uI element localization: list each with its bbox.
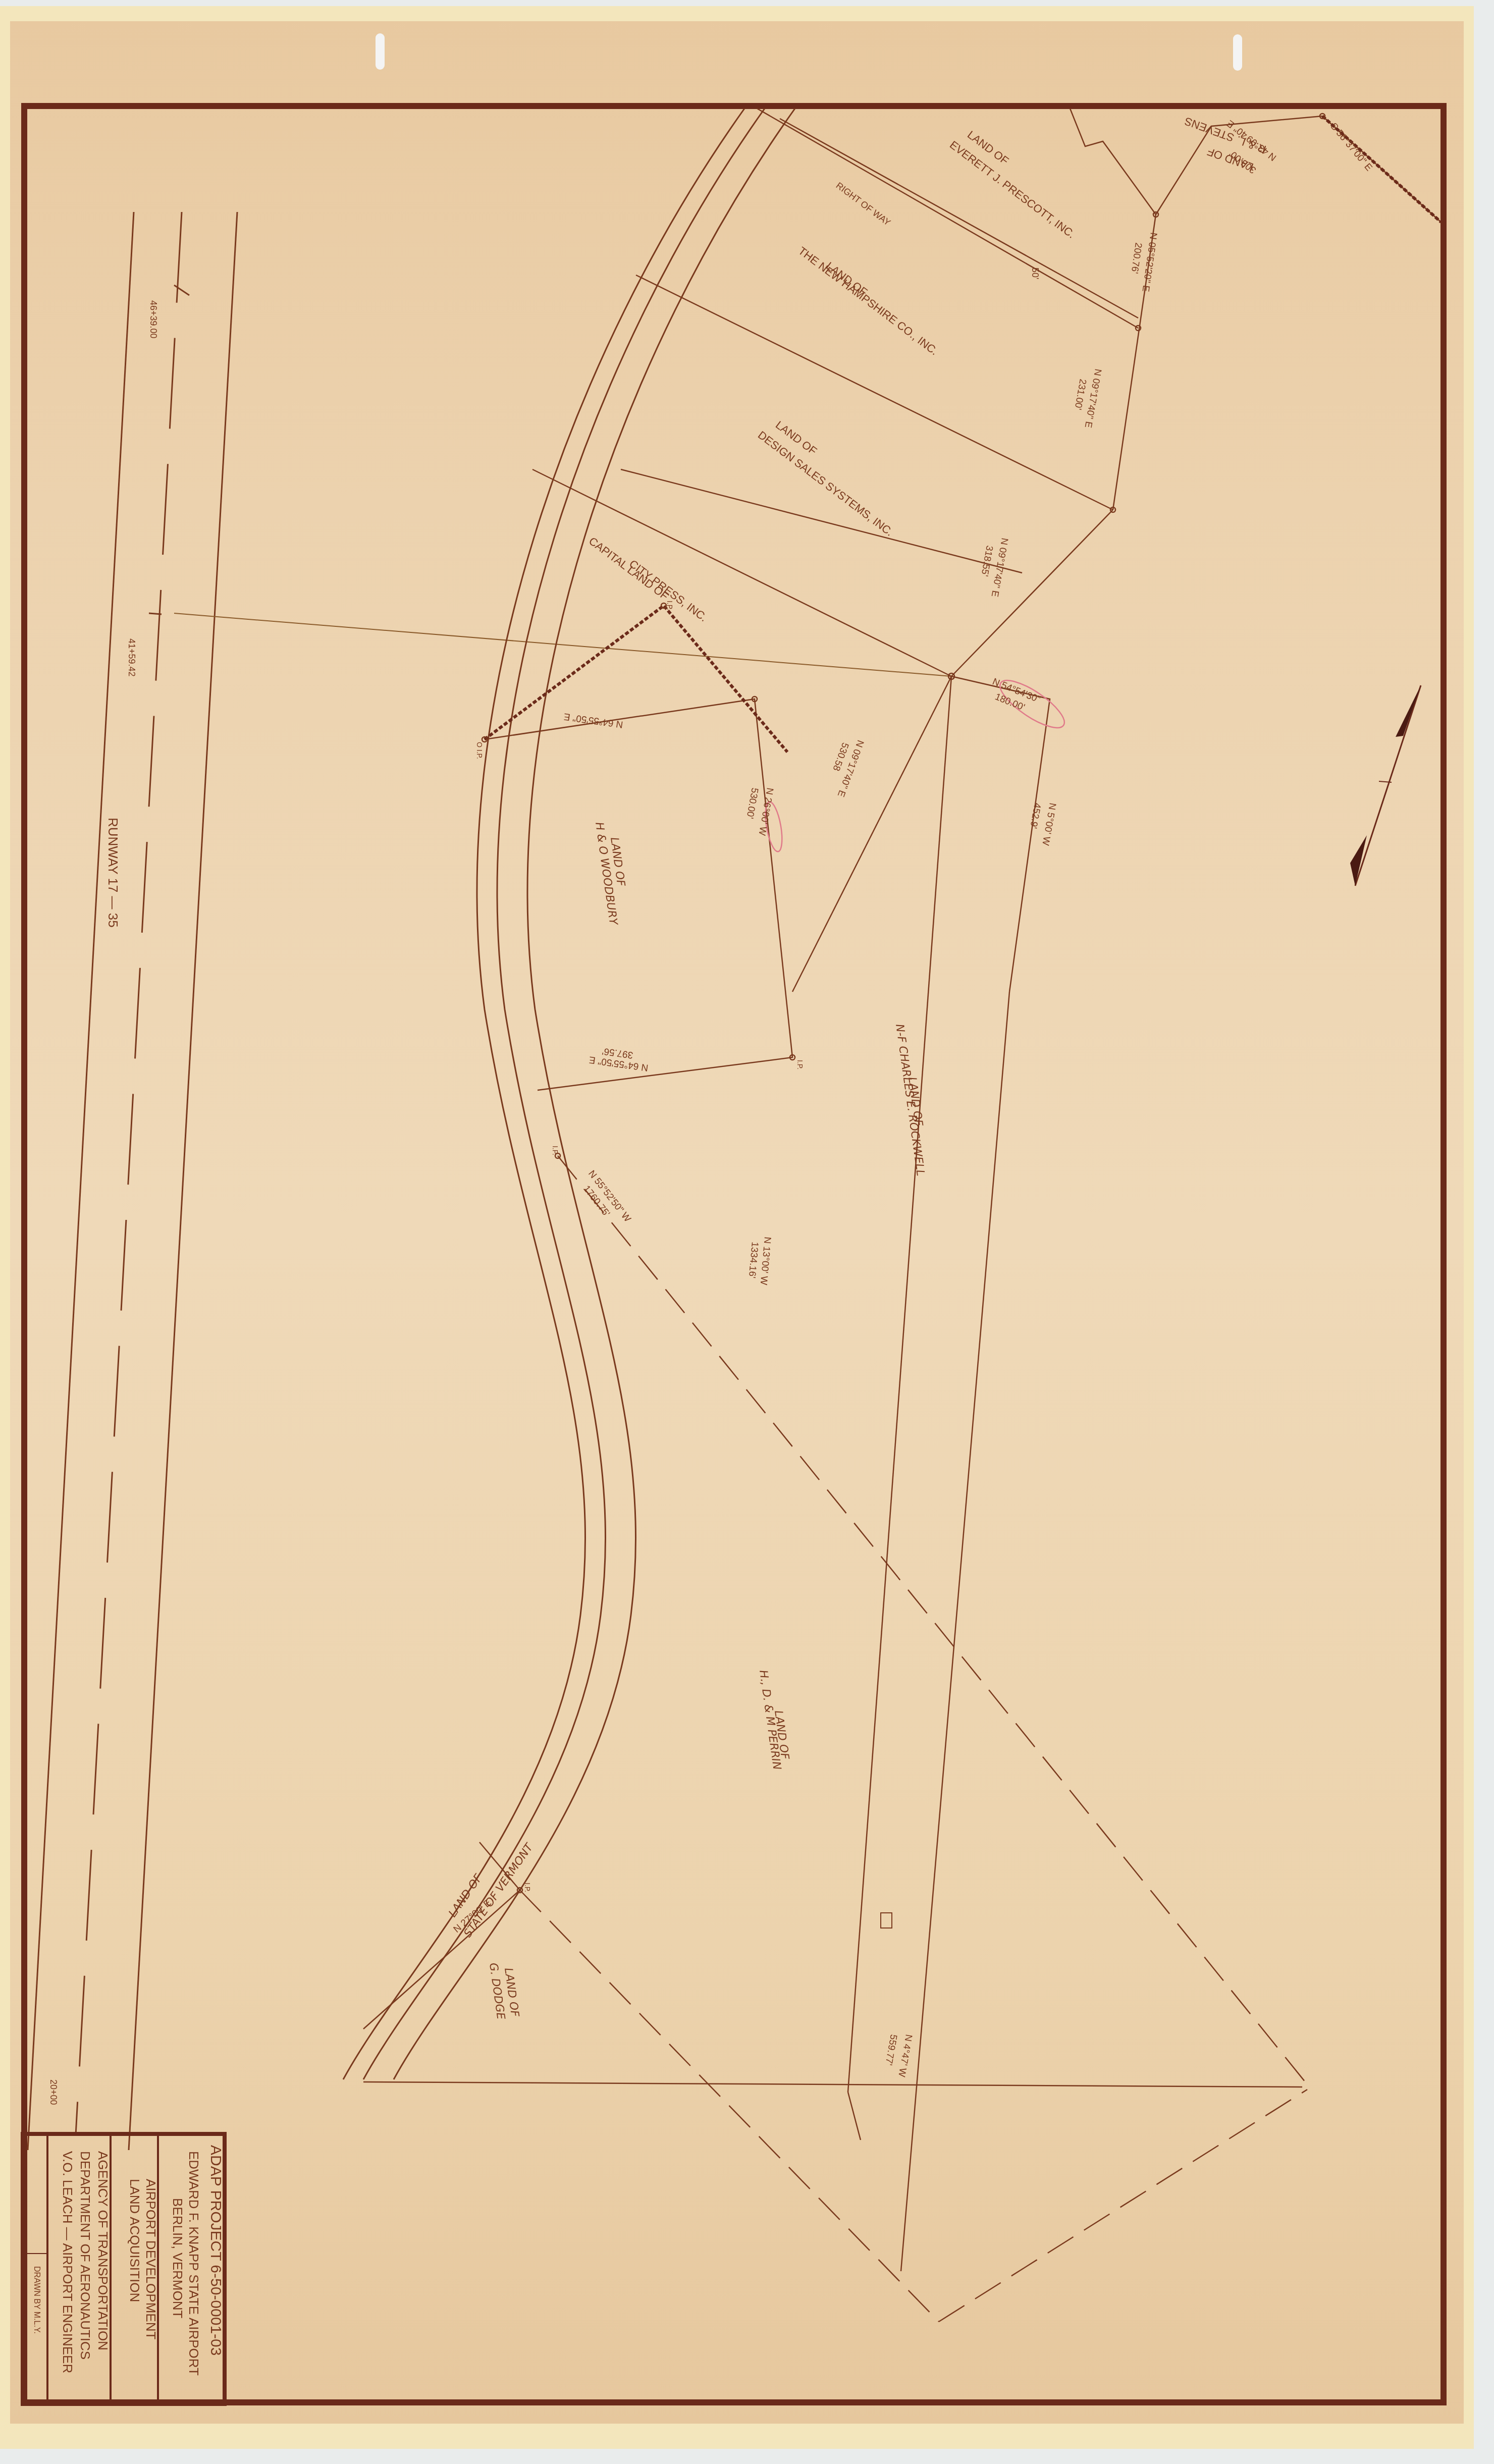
survey-plan: RUNWAY 17 — 35 46+39.00 41+59.42 20+00 L… (0, 0, 1494, 2464)
north-arrow-icon (1350, 685, 1421, 886)
distance-b13: 1334.16' (746, 1242, 760, 1279)
bearing-b15: N 4°47' W (896, 2033, 914, 2078)
distance-b10: 452.9' (1028, 802, 1043, 829)
station-41-59: 41+59.42 (127, 638, 137, 677)
dash-boundary (520, 1156, 1307, 2322)
engineer-name: V.O. LEACH — AIRPORT ENGINEER (60, 2151, 75, 2373)
airport-name: EDWARD F. KNAPP STATE AIRPORT (186, 2151, 201, 2376)
structure-marker (881, 1913, 892, 1928)
bearing-b10: N 5°00' W (1040, 802, 1057, 846)
station-line (174, 613, 951, 676)
purpose-line1: AIRPORT DEVELOPMENT (143, 2179, 158, 2339)
project-number: ADAP PROJECT 6-50-0001-03 (207, 2145, 224, 2355)
drawn-by: DRAWN BY M.L.Y. (32, 2266, 41, 2334)
curved-road (343, 109, 795, 2079)
parcel-nh-line2: THE NEW HAMPSHIRE CO., INC. (796, 244, 940, 357)
parcel-lines (363, 109, 1441, 2271)
distance-b8: 530.00' (744, 787, 760, 819)
distance-b4: 231.00' (1072, 378, 1088, 410)
agency-line2: DEPARTMENT OF AERONAUTICS (78, 2151, 93, 2360)
bearing-b4: N 09°17'40" E (1083, 368, 1103, 428)
agency-line1: AGENCY OF TRANSPORTATION (95, 2151, 111, 2350)
title-block: ADAP PROJECT 6-50-0001-03 EDWARD F. KNAP… (23, 2134, 225, 2404)
iron-pins (482, 114, 1325, 1893)
distance-b15: 559.77' (883, 2033, 898, 2066)
parcel-capital-line2: CITY PRESS, INC. (627, 557, 710, 624)
airport-location: BERLIN, VERMONT (170, 2198, 185, 2318)
purpose-line2: LAND ACQUISITION (127, 2179, 142, 2302)
station-20-00: 20+00 (48, 2079, 59, 2105)
ip-label: I.P. (666, 601, 674, 610)
right-of-way-label: RIGHT OF WAY (834, 180, 893, 228)
ip-label: I.P. (523, 1883, 531, 1892)
right-of-way-width: 50' (1030, 267, 1040, 279)
ip-label: O I.P. (475, 742, 484, 759)
runway-label: RUNWAY 17 — 35 (105, 818, 121, 928)
distance-b5: 318.55' (979, 545, 994, 577)
fence-lines (485, 116, 1441, 752)
distance-b3: 200.76' (1129, 242, 1143, 274)
bearing-b3: N 05°52'20" E (1140, 232, 1159, 292)
bearing-b1: S 56°37'00" E (1328, 121, 1374, 173)
ip-label: I.P. (551, 1146, 559, 1155)
parcel-prescott-line2: EVERETT J. PRESCOTT, INC. (947, 138, 1078, 241)
runway-17-35 (28, 212, 237, 2150)
ip-label: I.P. (796, 1060, 804, 1069)
sheet-border (24, 106, 1444, 2402)
station-46-39: 46+39.00 (148, 300, 158, 339)
